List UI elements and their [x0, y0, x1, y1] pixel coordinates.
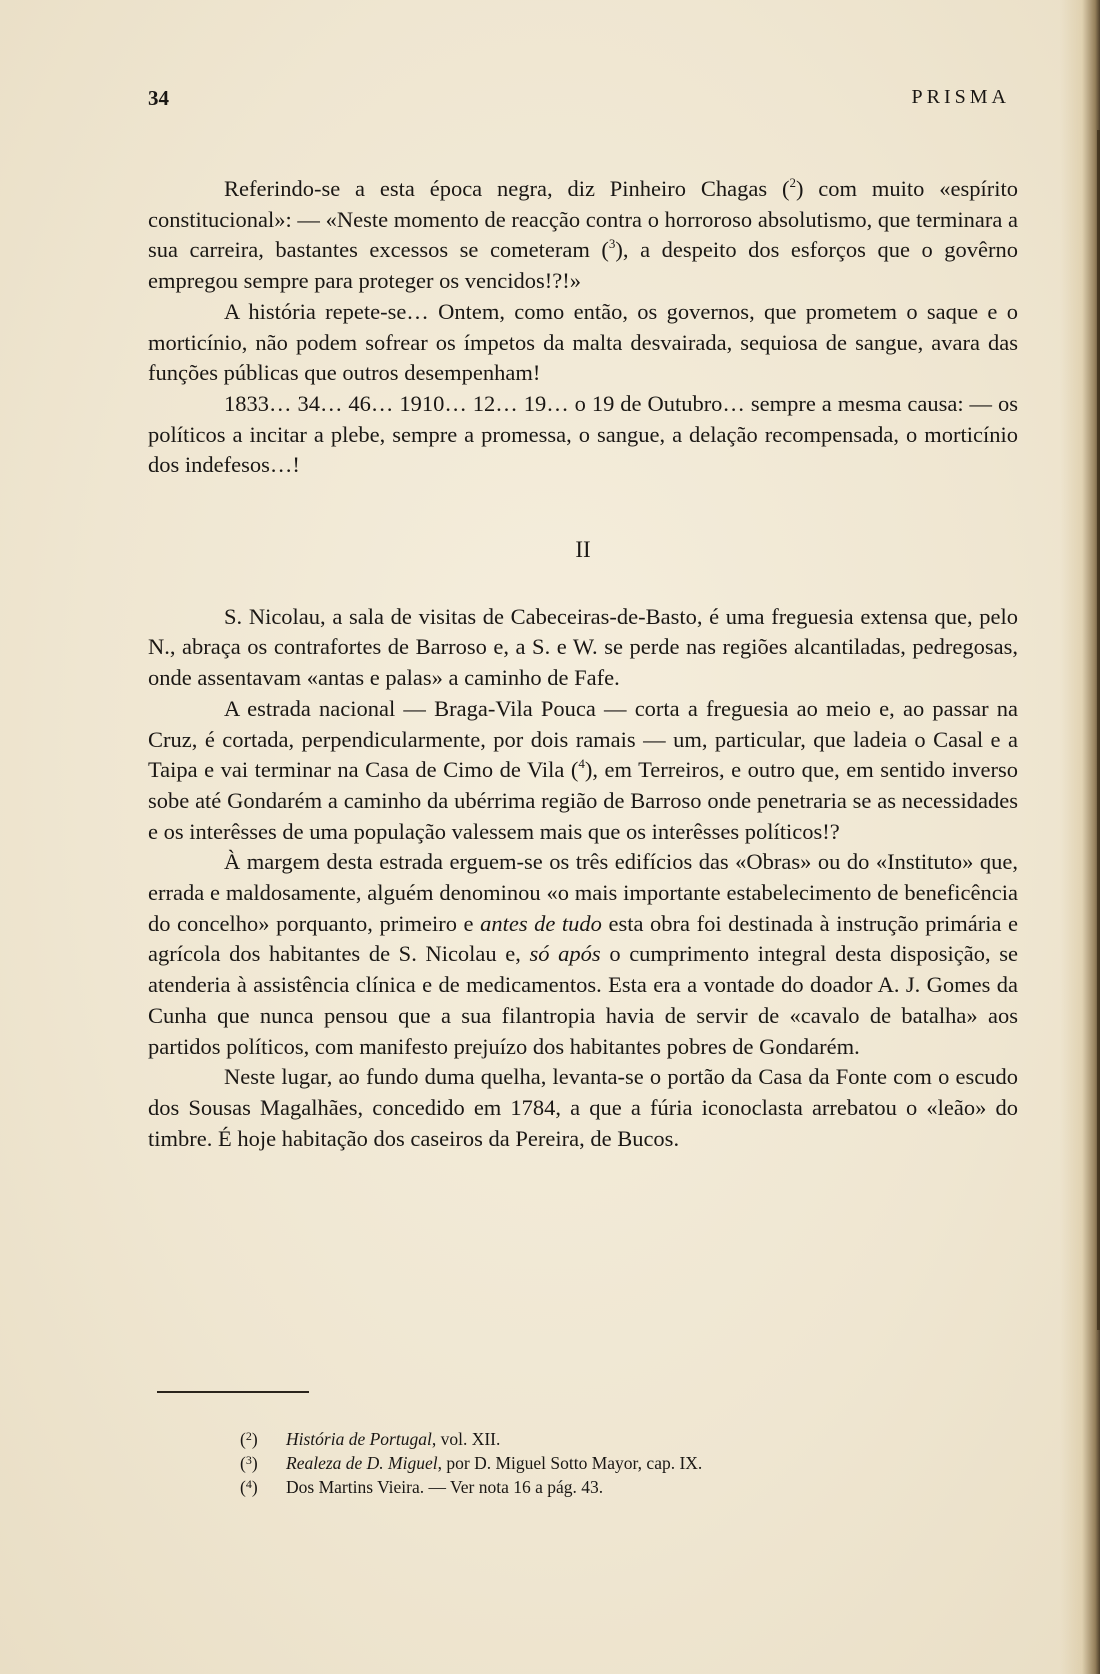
- footnote-divider: [157, 1391, 309, 1393]
- page-number: 34: [148, 86, 169, 111]
- footnote-item: (3) Realeza de D. Miguel, por D. Miguel …: [240, 1452, 1020, 1476]
- book-page: 34 PRISMA Referindo-se a esta época negr…: [0, 0, 1100, 1674]
- paragraph-7: Neste lugar, ao fundo duma quelha, levan…: [148, 1062, 1018, 1154]
- footnote-title: Realeza de D. Miguel: [286, 1453, 438, 1473]
- footnote-rest: Dos Martins Vieira. — Ver nota 16 a pág.…: [286, 1477, 603, 1497]
- paragraph-1: Referindo-se a esta época negra, diz Pin…: [148, 174, 1018, 297]
- footnote-marker: (3): [240, 1452, 286, 1476]
- footnote-rest: , vol. XII.: [432, 1429, 501, 1449]
- paragraph-4: S. Nicolau, a sala de visitas de Cabecei…: [148, 602, 1018, 694]
- paragraph-text: Referindo-se a esta época negra, diz Pin…: [224, 176, 789, 201]
- section-number: II: [148, 535, 1018, 566]
- paragraph-2: A história repete-se… Ontem, como então,…: [148, 297, 1018, 389]
- footnote-text: Dos Martins Vieira. — Ver nota 16 a pág.…: [286, 1476, 603, 1500]
- journal-title: PRISMA: [912, 86, 1010, 109]
- footnote-rest: , por D. Miguel Sotto Mayor, cap. IX.: [438, 1453, 703, 1473]
- footnote-text: História de Portugal, vol. XII.: [286, 1428, 500, 1452]
- footnotes: (2) História de Portugal, vol. XII. (3) …: [240, 1428, 1020, 1499]
- footnote-number: 4: [246, 1477, 252, 1491]
- paragraph-3: 1833… 34… 46… 1910… 12… 19… o 19 de Outu…: [148, 389, 1018, 481]
- footnote-number: 3: [246, 1453, 252, 1467]
- footnote-text: Realeza de D. Miguel, por D. Miguel Sott…: [286, 1452, 702, 1476]
- emphasis: antes de tudo: [480, 911, 602, 936]
- footnote-marker: (2): [240, 1428, 286, 1452]
- footnote-item: (2) História de Portugal, vol. XII.: [240, 1428, 1020, 1452]
- footnote-marker: (4): [240, 1476, 286, 1500]
- paragraph-6: À margem desta estrada erguem-se os três…: [148, 847, 1018, 1062]
- running-head: 34 PRISMA: [148, 86, 1010, 116]
- paragraph-5: A estrada nacional — Braga-Vila Pouca — …: [148, 694, 1018, 848]
- body-text: Referindo-se a esta época negra, diz Pin…: [148, 174, 1018, 1154]
- spine-shadow: [1060, 0, 1100, 1674]
- footnote-title: História de Portugal: [286, 1429, 432, 1449]
- emphasis: só após: [530, 941, 601, 966]
- footnote-number: 2: [246, 1429, 252, 1443]
- footnote-item: (4) Dos Martins Vieira. — Ver nota 16 a …: [240, 1476, 1020, 1500]
